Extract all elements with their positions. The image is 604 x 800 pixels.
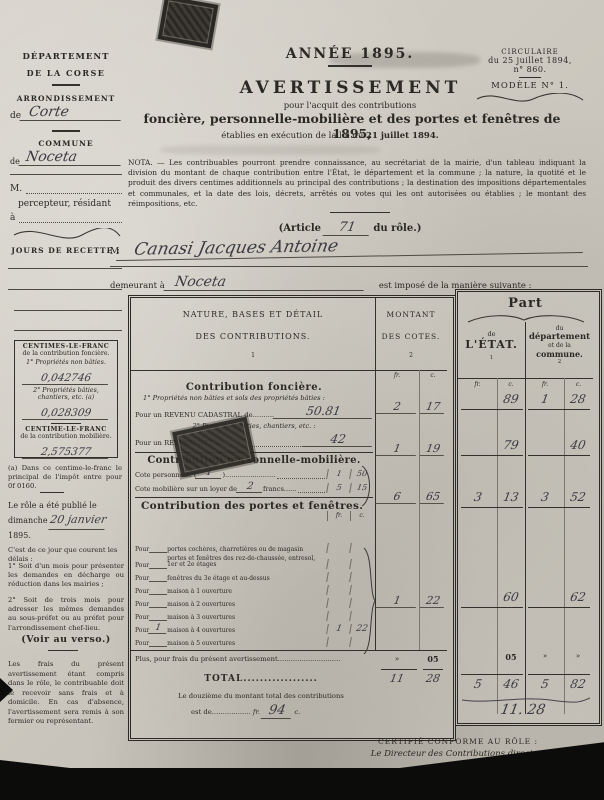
row-fr [326,585,351,595]
portes-row-label: portes cochères, charretières ou de maga… [167,546,327,553]
entry-line [461,607,523,608]
law-line: établies en exécution de la loi du 21 ju… [160,131,500,141]
etat-label: L'ÉTAT. [458,338,525,351]
frais-c: 05 [421,654,445,664]
header-rule [131,370,447,371]
part-r4-etat-c: 60 [497,590,525,604]
leader [298,485,325,493]
etat-frc-divider [497,378,498,714]
part-frais-etat-c: 05 [498,652,524,662]
entry-line [461,409,523,410]
part-total-etat-fr: 5 [459,677,497,691]
c-label: c. [350,511,373,521]
fr-label: fr. [377,372,417,379]
frais-row-label: Plus, pour frais du présent avertissemen… [135,655,373,663]
brace [361,546,377,656]
year-title: ANNÉE 1895. [250,46,450,62]
postage-stamp-pattern [177,421,251,472]
centimes-subtitle-2: de la contribution mobilière. [18,433,114,440]
footnote-mark-1: 1 [458,355,525,361]
role-year: 1895. [8,531,31,540]
part-r3-dept-fr: 3 [527,490,563,504]
a-label: à [10,213,15,223]
portes-row-label: portes et fenêtres des rez-de-chaussée, … [167,556,327,569]
pour-label: Pour [135,627,149,634]
divider [519,77,541,78]
entry-line [528,607,590,608]
nature-header-line2: DES CONTRIBUTIONS. [131,332,375,341]
montant-header-line1: MONTANT [375,310,447,319]
law-text: établies en exécution de la loi du [221,131,363,141]
total-fr-handwritten: 11 [376,672,418,685]
mobiliere-total-c-handwritten: 65 [420,490,446,504]
douzieme-line2: est de.................. fr. 94 c. [191,703,371,719]
percepteur-a-line: à [10,213,122,223]
part-r3-etat-c: 13 [497,490,525,504]
commune-handwritten: Noceta [18,149,123,166]
footnote-mark-2: 2 [526,359,593,365]
entry-line [528,409,590,410]
departement-label: DÉPARTEMENT [8,52,124,62]
mobiliere-row-1: Cote personnelle ( 1 )..................… [135,466,373,479]
delais-item-1: 1° Soit d'un mois pour présenter les dem… [8,562,124,590]
commune-column-header: du département et de la commune. 2 [526,325,593,365]
divider [52,84,80,86]
delais-item-2: 2° Soit de trois mois pour adresser les … [8,596,124,633]
dept-du: du [526,325,593,332]
voir-verso: (Voir au verso.) [8,634,124,645]
entry-line [461,455,523,456]
dept-etdela: et de la [526,342,593,349]
portes-row-label: maison à 1 ouverture [167,588,327,595]
c-label: c. [497,381,525,388]
row-fr [326,543,351,553]
fonciere-row-2: Pour un REVENU NET de 42 [135,430,373,447]
article-suffix: du rôle.) [373,223,421,234]
taxpayer-name-line: M Canasi Jacques Antoine [110,236,584,257]
douzieme-value-handwritten: 94 [261,703,294,719]
cote-personnelle-suffix: )........................ [222,471,275,479]
entry-line [461,507,523,508]
row-fr [326,637,351,647]
article-number-handwritten: 71 [323,220,372,236]
divider [51,423,81,424]
dept-label: département [526,332,593,342]
portes-total-c-handwritten: 22 [420,594,446,608]
circulaire-label: CIRCULAIRE [468,48,592,56]
entry-line [528,455,590,456]
portes-minihead: fr. c. [135,512,373,521]
row-fr [326,572,351,582]
revenu-cadastral-label: Pour un REVENU CADASTRAL de.......... [135,411,274,419]
loyer-value-handwritten: 2 [236,481,264,493]
qty-handwritten [149,646,167,647]
footnote-mark-2: 2 [375,352,447,359]
percepteur-m-line: M. [10,184,122,194]
part-table: Part de L'ÉTAT. 1 du département et de l… [455,289,602,726]
part-r1-dept-c: 28 [564,392,592,406]
portes-row: Pour maison à 2 ouvertures [135,595,373,608]
pour-label: Pour [135,575,149,582]
etat-column-header: de L'ÉTAT. 1 [458,330,525,361]
fonciere-r1-c-handwritten: 17 [420,400,446,414]
section-divider [135,497,373,498]
part-title: Part [458,296,593,311]
divider [330,212,390,213]
qty-handwritten [149,552,167,553]
portes-total-fr-handwritten: 1 [376,594,418,608]
bleed-through-smudge [160,145,380,155]
blank-entry [8,268,122,269]
qty-handwritten: 1 [148,623,168,634]
mobiliere-total-fr-handwritten: 6 [376,490,418,504]
centimes-value-2-handwritten: 0,028309 [22,407,110,420]
fr-label: fr. [327,511,350,521]
centimes-value-1-handwritten: 0,042746 [22,372,110,385]
document-title: AVERTISSEMENT [228,78,473,98]
blank-entry [19,213,122,223]
pour-label: Pour [135,562,149,569]
portes-row: Pour maison à 1 ouverture [135,582,373,595]
nota-paragraph: NOTA. — Les contribuables pourront prend… [128,158,586,209]
circulaire-block: CIRCULAIRE du 25 juillet 1894, n° 860. M… [468,48,592,105]
divider [52,130,80,132]
scanned-document: { "page": { "annee": "ANNÉE 1895.", "tit… [0,0,604,800]
revenu-cadastral-value-handwritten: 50.81 [273,404,374,419]
commune-label: commune. [526,349,593,359]
c-label: c. [421,372,445,379]
centimes-item-2: 2° Propriétés bâties, chantiers, etc. (a… [18,387,114,401]
part-total-dept-fr: 5 [527,677,563,691]
section-divider [131,650,447,651]
part-r1-dept-fr: 1 [527,392,563,406]
portes-row-label: maison à 2 ouvertures [167,601,327,608]
douzieme-label: est de.................. [191,708,251,716]
law-date: 21 juillet 1894. [366,131,439,141]
part-total-etat-c: 46 [497,677,525,691]
centimes-value-3-handwritten: 2,575377 [22,446,110,459]
blank-entry [14,330,122,331]
row-fr [326,611,351,621]
row-fr: 1 [326,624,351,634]
divider [10,174,122,175]
fonciere-r2-c-handwritten: 19 [420,442,446,456]
portes-row: Pour fenêtres du 3e étage et au-dessus [135,569,373,582]
arrondissement-line: de Corte [10,104,122,121]
part-r4-dept-c: 62 [564,590,592,604]
centimes-subtitle-1: de la contribution foncière. [18,350,114,357]
circulaire-date: du 25 juillet 1894, [468,56,592,65]
douzieme-line1: Le douzième du montant total des contrib… [161,692,361,700]
cote-mobiliere-fr-handwritten: 5 [326,483,351,493]
modele-label: MODÈLE N° 1. [468,81,592,91]
pour-label: Pour [135,614,149,621]
divider [48,650,78,651]
portes-row: Pour maison à 3 ouvertures [135,608,373,621]
role-published: Le rôle a été publié le dimanche 20 janv… [8,500,124,542]
commune-line: de Noceta [10,149,122,166]
qty-handwritten [149,568,167,569]
frais-note: Les frais du présent avertissement étant… [8,660,124,727]
nature-header-line1: NATURE, BASES ET DÉTAIL [131,310,375,319]
departement-value: DE LA CORSE [8,68,124,78]
fonciere-row-1: Pour un REVENU CADASTRAL de.......... 50… [135,402,373,419]
row-fr [326,559,351,569]
portes-row: Pour portes et fenêtres des rez-de-chaus… [135,553,373,569]
total-c-handwritten: 28 [420,672,446,685]
pour-label: Pour [135,640,149,647]
article-prefix: (Article [279,223,321,234]
portes-rows: Pour portes cochères, charretières ou de… [135,540,373,647]
portes-row-label: maison à 4 ouvertures [167,627,327,634]
part-r1-etat-c: 89 [497,392,525,406]
francs-label: francs...... [263,485,296,493]
divider [40,492,64,493]
montant-column-header: MONTANT DES COTES. 2 [375,310,447,359]
centimes-box: CENTIMES-LE-FRANC de la contribution fon… [14,340,118,458]
total-rule [423,669,443,670]
note-a: (a) Dans ce centime-le-franc le principa… [8,464,122,492]
page-header: ANNÉE 1895. [250,46,450,67]
centimes-title-1: CENTIMES-LE-FRANC [18,343,114,350]
m-label: M. [10,184,22,194]
grand-total-handwritten: 11. 28 [467,702,580,718]
role-date-handwritten: 20 janvier [49,512,108,530]
entry-line [528,507,590,508]
total-rule [381,669,417,670]
commune-label: COMMUNE [8,139,124,148]
fonciere-r1-fr-handwritten: 2 [376,400,418,414]
fonciere-title: Contribution foncière. [135,382,373,393]
portes-row: Pour portes cochères, charretières ou de… [135,540,373,553]
postage-stamp-pattern [162,0,214,43]
part-frais-dept-fr: » [528,652,562,660]
brace [359,464,375,508]
arrondissement-label: ARRONDISSEMENT [8,94,124,103]
fr-label: fr. [253,708,260,716]
document-subtitle: pour l'acquit des contributions [240,101,460,111]
qty-handwritten [149,607,167,608]
footnote-mark-1: 1 [131,352,375,359]
portes-row-label: fenêtres du 3e étage et au-dessus [167,575,327,582]
qty-handwritten [149,594,167,595]
pour-label: Pour [135,546,149,553]
blank-entry [8,289,122,290]
residence-handwritten: Noceta [163,274,366,291]
centimes-item-1: 1° Propriétés non bâties. [18,359,114,366]
jours-recette-label: JOURS DE RECETTE : [8,246,124,255]
fr-label: fr. [458,381,497,388]
blank-entry [26,184,122,194]
part-total-dept-c: 82 [564,677,592,691]
total-rule [461,674,523,675]
qty-handwritten [149,581,167,582]
c-label: c. [294,708,300,716]
qty-handwritten [149,620,167,621]
pour-label: Pour [135,601,149,608]
portes-row: Pour maison à 5 ouvertures [135,634,373,647]
portes-row-label: maison à 5 ouvertures [167,640,327,647]
c-label: c. [564,381,593,388]
total-rule [528,674,590,675]
nature-column-header: NATURE, BASES ET DÉTAIL DES CONTRIBUTION… [131,310,375,359]
part-r2-etat-c: 79 [497,438,525,452]
cote-mobiliere-label: Cote mobilière sur un loyer de [135,485,237,493]
dept-frc-divider [564,378,565,714]
contributions-table: NATURE, BASES ET DÉTAIL DES CONTRIBUTION… [128,295,456,741]
etat-de: de [458,330,525,338]
part-frais-dept-c: » [565,652,591,660]
mobiliere-row-2: Cote mobilière sur un loyer de 2 francs.… [135,479,373,493]
portes-row-label: maison à 3 ouvertures [167,614,327,621]
leader [277,471,325,479]
flourish-squiggle [475,93,585,105]
divider [328,65,372,67]
blank-entry [14,310,122,311]
fonciere-sub2: 2° Propriétés bâties, chantiers, etc. : [135,422,373,430]
part-r3-dept-c: 52 [564,490,592,504]
header-rule [458,378,593,379]
row-fr [326,598,351,608]
part-r2-dept-c: 40 [564,438,592,452]
frais-fr: » [377,655,417,663]
brace-wave [466,314,586,324]
pour-label: Pour [135,588,149,595]
portes-row: Pour 1 maison à 4 ouvertures 1 22 [135,621,373,634]
revenu-net-value-handwritten: 42 [302,432,375,447]
fr-label: fr. [526,381,564,388]
certify-line: CERTIFIÉ CONFORME AU RÔLE : [320,737,596,746]
centimes-title-2: CENTIME-LE-FRANC [18,426,114,433]
fonciere-sub1: 1° Propriétés non bâties et sols des pro… [143,394,373,402]
circulaire-number: n° 860. [468,65,592,74]
arrondissement-handwritten: Corte [20,104,124,121]
fonciere-r2-fr-handwritten: 1 [376,442,418,456]
taxpayer-name-handwritten: Canasi Jacques Antoine [116,232,587,261]
blank-line [110,266,588,267]
total-label: TOTAL.................. [171,674,351,684]
part-r3-etat-fr: 3 [459,490,497,504]
flourish-squiggle [12,228,122,242]
percepteur-label: percepteur, résidant [18,199,124,209]
montant-header-line2: DES COTES. [375,332,447,341]
cote-personnelle-fr-handwritten: 1 [326,469,351,479]
